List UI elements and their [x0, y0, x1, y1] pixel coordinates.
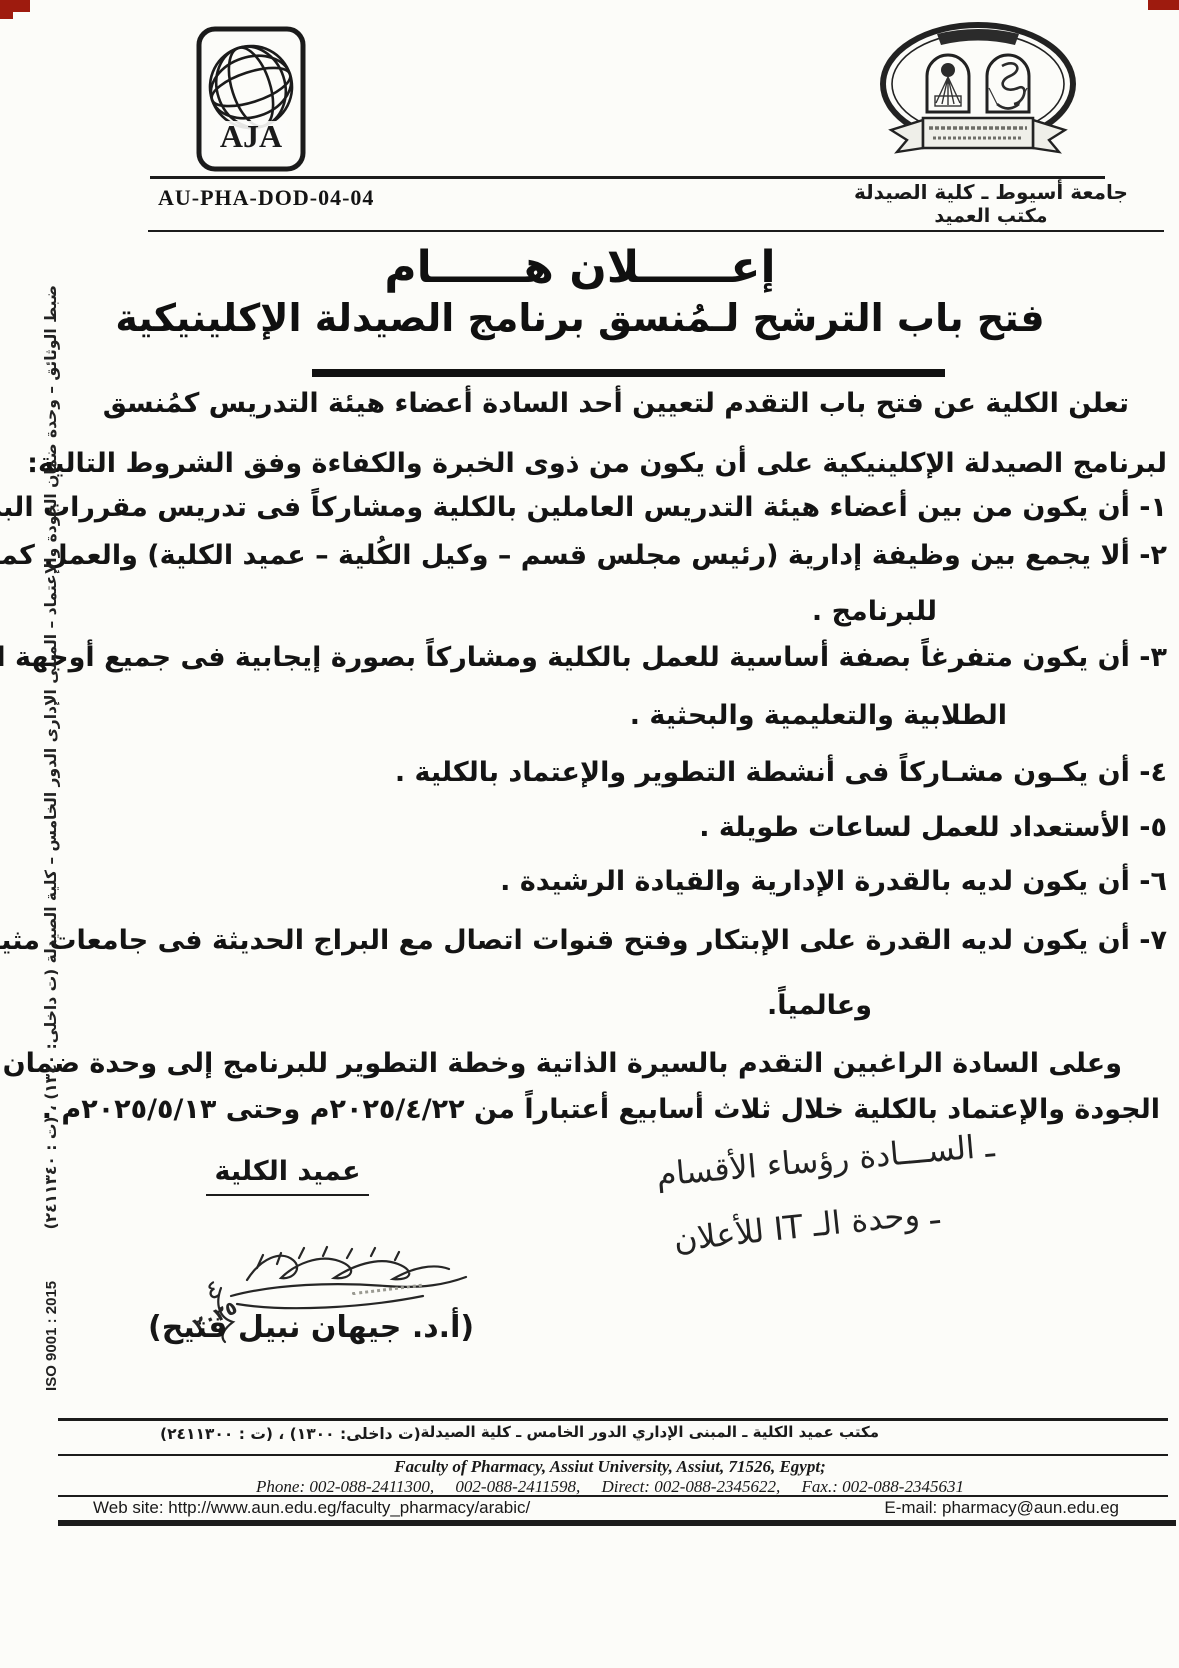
- aja-certification-logo: AJA: [195, 25, 307, 173]
- side-stamp-text: ضبط الوثائق – وحدة ضمان الجودة والإعتماد…: [42, 285, 60, 1229]
- aja-logo-text: AJA: [220, 118, 282, 154]
- handwritten-note-it-unit: ـ وحدة الـ IT للأعلان: [499, 1193, 941, 1277]
- condition-item-4: ٤- أن يكـون مشـاركاً فى أنشطة التطوير وا…: [395, 757, 1167, 788]
- intro-line: تعلن الكلية عن فتح باب التقدم لتعيين أحد…: [103, 388, 1129, 419]
- condition-item-7-cont: وعالمياً.: [767, 990, 872, 1021]
- condition-item-3: ٣- أن يكون متفرغاً بصفة أساسية للعمل بال…: [0, 642, 1167, 673]
- footer-rule: [58, 1418, 1168, 1421]
- intro-line: لبرنامج الصيدلة الإكلينيكية على أن يكون …: [27, 448, 1167, 479]
- footer-arabic-address: مكتب عميد الكلية ـ المبنى الإداري الدور …: [421, 1423, 879, 1441]
- title-underline-bar: [312, 369, 945, 377]
- pharmacy-snake-panel: [987, 55, 1029, 112]
- dean-title-label: عميد الكلية: [205, 1156, 370, 1196]
- footer-english-address: Faculty of Pharmacy, Assiut University, …: [40, 1457, 1179, 1477]
- dean-office-label: مكتب العميد: [848, 204, 1134, 228]
- scan-artifact-mark: [0, 0, 30, 12]
- top-divider-rule: [148, 230, 1164, 232]
- footer-arabic-phones: (ت داخلى: ١٣٠٠) ، (ت : ٢٤١١٣٠٠): [160, 1425, 421, 1443]
- announcement-body: تعلن الكلية عن فتح باب التقدم لتعيين أحد…: [75, 382, 1167, 1157]
- seal-top-band: [937, 29, 1019, 45]
- header-rule: [150, 176, 1105, 179]
- condition-item-7: ٧- أن يكون لديه القدرة على الإبتكار وفتح…: [0, 925, 1167, 956]
- seal-ribbon: [891, 118, 1065, 152]
- condition-item-2-cont: للبرنامج .: [812, 596, 937, 627]
- footer-rule: [58, 1454, 1168, 1456]
- condition-item-2: ٢- ألا يجمع بين وظيفة إدارية (رئيس مجلس …: [0, 540, 1167, 571]
- footer-website-link: Web site: http://www.aun.edu.eg/faculty_…: [93, 1498, 530, 1518]
- closing-line: الجودة والإعتماد بالكلية خلال ثلاث أسابي…: [42, 1094, 1160, 1125]
- condition-item-5: ٥- الأستعداد للعمل لساعات طويلة .: [699, 812, 1167, 843]
- scanned-document-page: AJA AU-PHA-DOD-04-04 جامعة أسي: [0, 0, 1179, 1668]
- side-quality-stamp: ضبط الوثائق – وحدة ضمان الجودة والإعتماد…: [42, 285, 60, 1205]
- scan-artifact-mark: [0, 12, 13, 19]
- announcement-title: إعــــــلان هــــــام: [90, 242, 1070, 293]
- condition-item-6: ٦- أن يكون لديه بالقدرة الإدارية والقياد…: [500, 866, 1167, 897]
- faculty-pharmacy-seal: [867, 18, 1089, 170]
- footer-thick-rule: [58, 1520, 1176, 1526]
- footer-rule: [58, 1495, 1168, 1497]
- footer-phone-numbers: Phone: 002-088-2411300, 002-088-2411598,…: [40, 1477, 1179, 1497]
- document-code: AU-PHA-DOD-04-04: [158, 185, 374, 211]
- condition-item-3-cont: الطلابية والتعليمية والبحثية .: [630, 700, 1007, 731]
- announcement-subtitle: فتح باب الترشح لـمُنسق برنامج الصيدلة ال…: [90, 296, 1070, 340]
- scan-artifact-mark: [1148, 0, 1179, 10]
- footer-email-link: E-mail: pharmacy@aun.edu.eg: [884, 1498, 1119, 1518]
- dean-title-text: عميد الكلية: [206, 1156, 368, 1196]
- dean-name: (أ.د. جيهان نبيل فتيح): [148, 1310, 474, 1345]
- organization-block: جامعة أسيوط ـ كلية الصيدلة مكتب العميد: [848, 180, 1134, 228]
- closing-line: وعلى السادة الراغبين التقدم بالسيرة الذا…: [3, 1048, 1122, 1079]
- mosque-panel: [927, 55, 969, 112]
- side-stamp-iso: ISO 9001 : 2015: [43, 1281, 60, 1391]
- university-name: جامعة أسيوط ـ كلية الصيدلة: [848, 180, 1134, 204]
- condition-item-1: ١- أن يكون من بين أعضاء هيئة التدريس الع…: [0, 492, 1167, 523]
